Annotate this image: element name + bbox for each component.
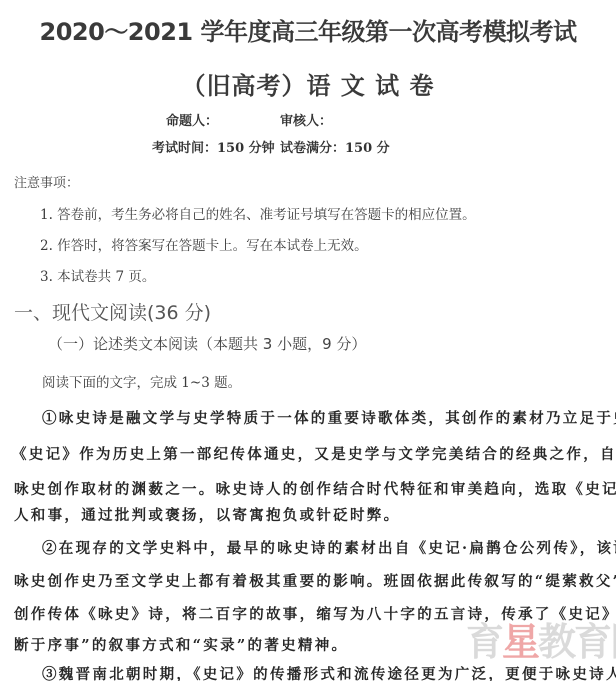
reviewer-label: 审核人： [280, 110, 332, 129]
author-label: 命题人： [166, 110, 218, 129]
passage-line: ①咏史诗是融文学与史学特质于一体的重要诗歌体类，其创作的素材乃立足于史事。 [42, 407, 616, 428]
passage-line: 断于序事”的叙事方式和“实录”的著史精神。 [14, 634, 348, 655]
exam-subtitle: （旧高考）语 文 试 卷 [0, 66, 616, 101]
passage-line: ②在现存的文学史料中，最早的咏史诗的素材出自《史记·扁鹊仓公列传》，该诗在 [42, 537, 616, 558]
watermark-text: 教育网 [538, 620, 616, 664]
notes-title: 注意事项： [14, 172, 79, 191]
exam-title: 2020～2021 学年度高三年级第一次高考模拟考试 [0, 12, 616, 47]
watermark-text: 育 [466, 620, 502, 664]
passage-line: 咏史创作取材的渊薮之一。咏史诗人的创作结合时代特征和审美趋向，选取《史记》中的 [14, 478, 616, 499]
instruction: 阅读下面的文字，完成 1~3 题。 [42, 371, 241, 391]
passage-line: 咏史创作史乃至文学史上都有着极其重要的影响。班固依据此传叙写的“缇萦救父”史实， [14, 570, 616, 591]
passage-line: 《史记》作为历史上第一部纪传体通史，又是史学与文学完美结合的经典之作，自然成为 [12, 443, 616, 464]
note-item: 3. 本试卷共 7 页。 [40, 265, 155, 285]
watermark-logo: 育星教育网 [466, 611, 616, 666]
note-item: 2. 作答时，将答案写在答题卡上。写在本试卷上无效。 [40, 234, 368, 254]
passage-line: 人和事，通过批判或褒扬，以寄寓抱负或针砭时弊。 [14, 504, 400, 525]
full-score: 试卷满分：150 分 [280, 137, 390, 156]
note-item: 1. 答卷前，考生务必将自己的姓名、准考证号填写在答题卡的相应位置。 [40, 203, 476, 223]
section-title: 一、现代文阅读(36 分) [14, 298, 211, 325]
subsection-title: （一）论述类文本阅读（本题共 3 小题，9 分） [48, 333, 366, 354]
exam-time: 考试时间：150 分钟 [152, 137, 275, 156]
watermark-star-text: 星 [502, 620, 538, 664]
